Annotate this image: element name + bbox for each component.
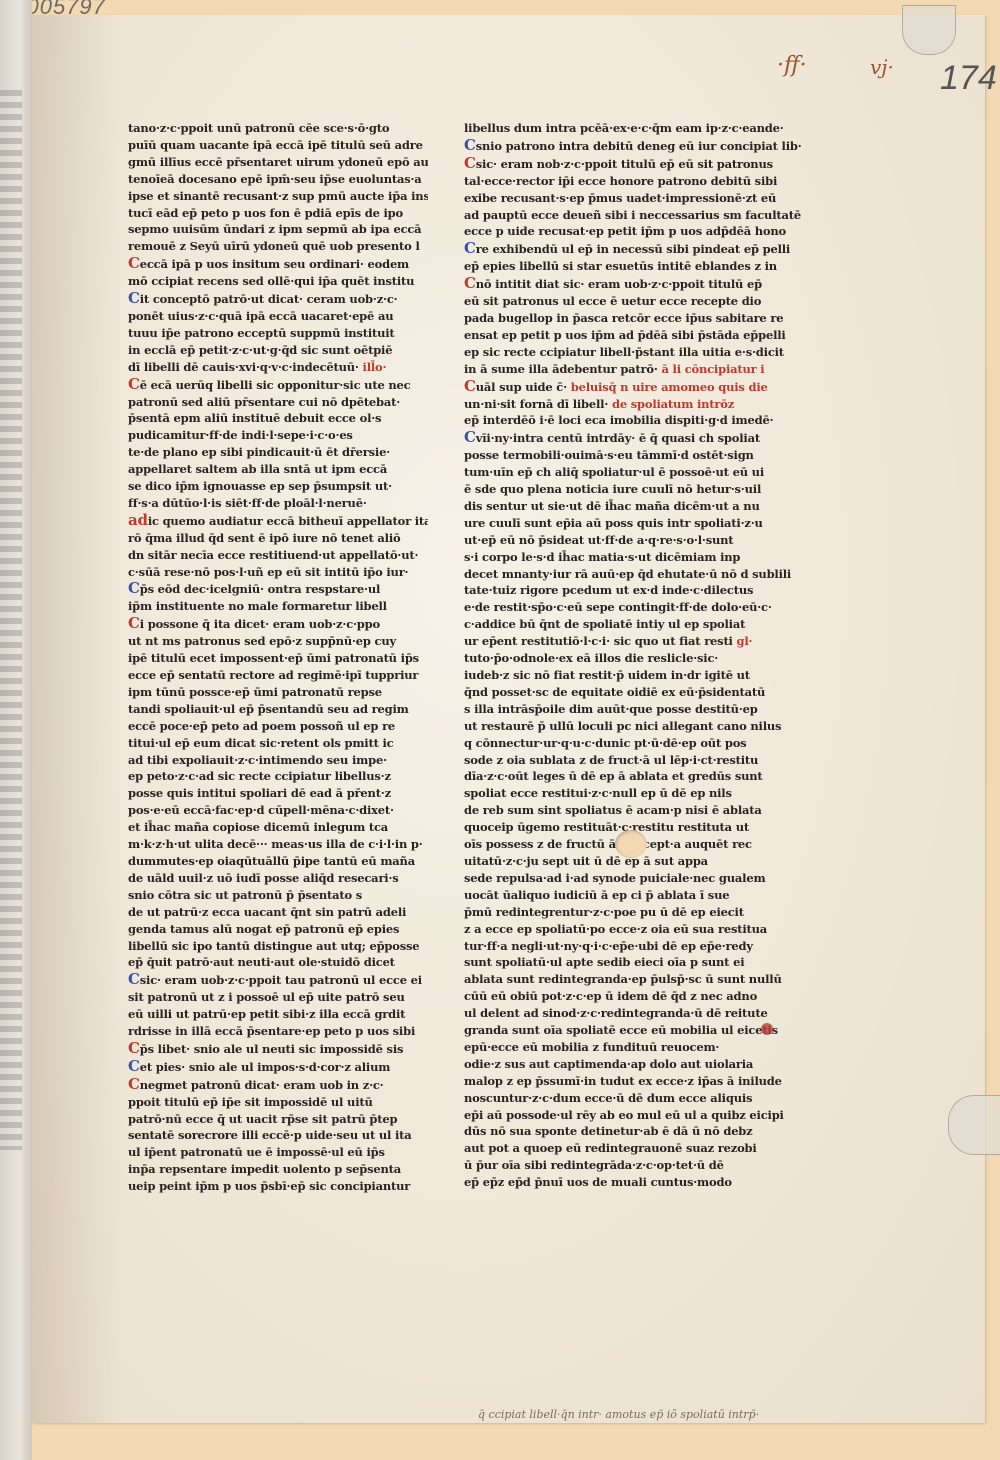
line-text: sit patronū ut z i possoē ul ep̄ uite pa… xyxy=(128,990,405,1004)
line-text: ut nt ms patronus sed epō·z supp̄nū·ep c… xyxy=(128,634,396,648)
text-line: snio cōtra sic ut patronū p̄ p̄sentato s xyxy=(128,887,428,904)
line-text: ppoit titulū ep̄ ip̄e sit impossidē ul u… xyxy=(128,1095,373,1109)
text-line: sit patronū ut z i possoē ul ep̄ uite pa… xyxy=(128,989,428,1006)
gutter-shadow xyxy=(32,15,122,1423)
text-line: s·i corpo le·s·d ih̄ac matia·s·ut dicēmi… xyxy=(464,549,819,566)
text-line: pada bugellop in p̄asca retcōr ecce ip̄u… xyxy=(464,310,819,327)
text-line: Cp̄s libet· snio ale ul neuti sic imposs… xyxy=(128,1040,428,1058)
line-text: q̄nd posset·sc de equitate oidiē ex eū·p… xyxy=(464,685,765,699)
text-line: uitatū·z·c·ju sept uit ū dē ep ā sut app… xyxy=(464,853,819,870)
line-text: remouē z Seyū uīrū ydoneū quē uob presen… xyxy=(128,239,420,253)
text-line: ep̄ ep̄z ep̄d p̄nuī uos de muali cuntus·… xyxy=(464,1174,819,1191)
line-text: eū uilli ut patrū·ep petit sibi·z illa e… xyxy=(128,1007,405,1021)
text-line: tur·ff·a negli·ut·ny·q·i·c·ep̄e·ubi dē e… xyxy=(464,938,819,955)
line-text: de uāld uuil·z uō iudī posse aliq̄d rese… xyxy=(128,871,399,885)
text-line: Cit conceptō patrō·ut dicat· ceram uob·z… xyxy=(128,290,428,308)
line-text-continued: eodem xyxy=(368,257,410,271)
text-line: tuuu ip̄e patrono ecceptū suppmū institu… xyxy=(128,325,428,342)
decorated-initial: C xyxy=(128,1076,140,1093)
text-line: epū·ecce eū mobilia z fundituū reuocem· xyxy=(464,1039,819,1056)
text-line: tal·ecce·rector ip̄i ecce honore patrono… xyxy=(464,173,819,190)
line-text: de ut patrū·z ecca uacant q̄nt sin patrū… xyxy=(128,905,406,919)
text-line: Ci possone q̄ ita dicet· eram uob·z·c·pp… xyxy=(128,615,428,633)
line-text: odie·z sus aut captimenda·ap dolo aut ui… xyxy=(464,1057,753,1071)
text-line: ep peto·z·c·ad sic recte ccipiatur libel… xyxy=(128,768,428,785)
text-line: ensat ep petit p uos ip̄m ad p̄dēā sibi … xyxy=(464,327,819,344)
text-line: ipm tūnū possce·ep̄ ūmi patronatū repse xyxy=(128,684,428,701)
text-line: se dico ip̄m ignouasse ep sep p̄sumpsit … xyxy=(128,478,428,495)
line-text: ut·ep̄ eū nō p̄sideat ut·ff·de a·q·re·s·… xyxy=(464,533,733,547)
text-line: Cp̄s eōd dec·icelgniū· ontra respstare·u… xyxy=(128,580,428,598)
line-text: z a ecce ep spoliatū·po ecce·z oia eū su… xyxy=(464,922,767,936)
line-text: tenoīeā docesano epē ipm̄·seu ip̄se euol… xyxy=(128,172,422,186)
decorated-initial: C xyxy=(128,376,140,393)
text-line: ep sic recte ccipiatur libell·p̄stant il… xyxy=(464,344,819,361)
text-line: sode z oia sublata z de fruct·ā ul lēp·i… xyxy=(464,752,819,769)
line-text: ep sic recte ccipiatur libell·p̄stant il… xyxy=(464,345,784,359)
rubric-text: ill̄o· xyxy=(363,360,387,374)
decorated-initial: C xyxy=(128,1040,140,1057)
text-line: Csnio patrono intra debitū deneg eū iur … xyxy=(464,137,819,155)
text-line: p̄mū redintegrentur·z·c·poe pu ū dē ep e… xyxy=(464,904,819,921)
text-line: noscuntur·z·c·dum ecce·ū dē dum ecce ali… xyxy=(464,1090,819,1107)
text-line: Cnō intitit diat sic· eram uob·z·c·ppoit… xyxy=(464,275,819,293)
line-text: ure cuulī sunt ep̄ia aū poss quis intr s… xyxy=(464,516,763,530)
line-text-continued: eram uob·z·c·ppoit titulū ep̄ xyxy=(588,277,762,291)
text-line: ponēt uius·z·c·quā ipā eccā uacaret·epē … xyxy=(128,308,428,325)
line-text: cūū eū obiū pot·z·c·ep ū idem dē q̄d z n… xyxy=(464,989,757,1003)
line-text: snio cōtra sic ut patronū p̄ p̄sentato s xyxy=(128,888,362,902)
previous-page-text xyxy=(0,90,22,1150)
text-line: malop z ep p̄ssumī·in tudut ex ecce·z ip… xyxy=(464,1073,819,1090)
decorated-initial: ad xyxy=(128,512,148,529)
text-line: ep̄ interdēō i·ē loci eca imobilia dispi… xyxy=(464,412,819,429)
text-line: Csic· eram uob·z·c·ppoit tau patronū ul … xyxy=(128,971,428,989)
line-text-continued: snio ale ul neuti sic impossidē sis xyxy=(194,1042,404,1056)
text-line: ipē titulū ecet impossent·ep̄ ūmi patron… xyxy=(128,650,428,667)
line-text-continued: eram uob·z·c·ppo xyxy=(273,617,380,631)
text-line: patrō·nū ecce q̄ ut uacit rp̄se sit patr… xyxy=(128,1111,428,1128)
line-text: ad pauptū ecce deueñ sibi i neccessarius… xyxy=(464,208,801,222)
line-text: ū p̄ur oīa sibi redintegrāda·z·c·op·tet·… xyxy=(464,1158,724,1172)
line-text-continued: uit ū dē ep ā sut appa xyxy=(573,854,708,868)
line-text: epū·ecce eū mobilia z fundituū reuocem· xyxy=(464,1040,719,1054)
text-line: te·de plano ep sibi pindicauit·ū ēt dr̄e… xyxy=(128,444,428,461)
line-text: libellū sic ipo tantū distingue aut utq;… xyxy=(128,939,419,953)
decorated-initial: C xyxy=(128,580,140,597)
text-line: c·addice bū q̄nt de spoliatē intiy ul ep… xyxy=(464,616,819,633)
text-line: genda tamus alū nogat ep̄ patronū ep̄ ep… xyxy=(128,921,428,938)
line-text: ipē titulū ecet impossent·ep̄ ūmi patron… xyxy=(128,651,419,665)
line-text: te·de plano ep sibi pindicauit·ū ēt dr̄e… xyxy=(128,445,390,459)
line-text: re exhibendū ul ep̄ in necessū sibi pind… xyxy=(476,242,790,256)
line-text: puīū quam uacante ipā eccā ipē titulū se… xyxy=(128,138,423,152)
line-text: rō q̄ma illud q̄d sent ē ipō iure nō ten… xyxy=(128,531,401,545)
thumb-tab-top xyxy=(902,5,956,55)
parchment-hole xyxy=(615,830,647,858)
text-line: ueip peint ip̄m p uos p̄sbī·ep̄ sic conc… xyxy=(128,1178,428,1195)
text-line: iudeb·z sic nō fiat restit·p̄ uidem in·d… xyxy=(464,667,819,684)
text-line: appellaret saltem ab illa sntā ut ipm ec… xyxy=(128,461,428,478)
decorated-initial: C xyxy=(128,1058,140,1075)
line-text: oīs possess z de fructū ā ul ecept·a auq… xyxy=(464,837,752,851)
text-line: p̄sentā epm aliū instituē debuit ecce ol… xyxy=(128,410,428,427)
text-line: ē sde quo plena noticia iure cuulī nō he… xyxy=(464,481,819,498)
line-text-continued: eram uob in z·c· xyxy=(283,1078,383,1092)
text-line: e·de restit·sp̄o·c·eū sepe contingit·ff·… xyxy=(464,599,819,616)
line-text: libellus dum intra pcēā·ex·e·c·q̄m eam i… xyxy=(464,121,784,135)
text-line: sede repulsa·ad i·ad synode puiciale·nec… xyxy=(464,870,819,887)
text-line: dis sentur ut sie·ut dē ih̄ac maña dicēm… xyxy=(464,498,819,515)
text-line: mō ccipiat recens sed ollē·qui ip̄a quēt… xyxy=(128,273,428,290)
text-line: ut·ep̄ eū nō p̄sideat ut·ff·de a·q·re·s·… xyxy=(464,532,819,549)
line-text: noscuntur·z·c·dum ecce·ū dē dum ecce ali… xyxy=(464,1091,752,1105)
line-text: patrō·nū ecce q̄ ut uacit rp̄se sit patr… xyxy=(128,1112,397,1126)
line-text: s illa intrāsp̄oile dim auūt·que posse d… xyxy=(464,702,758,716)
line-text: i possone q̄ ita dicet· xyxy=(140,617,269,631)
text-line: pos·e·eū eccā·fac·ep·d cūpell·mēna·c·dix… xyxy=(128,802,428,819)
folio-number: 174 xyxy=(940,59,997,98)
quire-mark: vj· xyxy=(870,55,894,79)
text-line: s illa intrāsp̄oile dim auūt·que posse d… xyxy=(464,701,819,718)
line-text: p̄sentā epm aliū instituē debuit ecce ol… xyxy=(128,411,381,425)
text-line: ut nt ms patronus sed epō·z supp̄nū·ep c… xyxy=(128,633,428,650)
line-text: dīa·z·c·oūt leges ū dē ep ā ablata et gr… xyxy=(464,769,763,783)
decorated-initial: C xyxy=(128,615,140,632)
line-text: s·i corpo le·s·d ih̄ac matia·s·ut dicēmi… xyxy=(464,550,740,564)
text-line: ecce ep̄ sentatū rectore ad regimē·ipī t… xyxy=(128,667,428,684)
line-text: malop z ep p̄ssumī·in tudut ex ecce·z ip… xyxy=(464,1074,782,1088)
line-text: aut pot a quoep eū redintegrauonē suaz r… xyxy=(464,1141,757,1155)
rubric-text: beluisq̄ n uire amomeo quis die xyxy=(571,380,768,394)
decorated-initial: C xyxy=(464,275,476,292)
line-text: p̄s libet· xyxy=(140,1042,190,1056)
text-line: spoliat ecce restitui·z·c·null ep ū dē e… xyxy=(464,785,819,802)
line-text: it conceptō patrō·ut dicat· xyxy=(140,292,303,306)
text-line: dīa·z·c·oūt leges ū dē ep ā ablata et gr… xyxy=(464,768,819,785)
text-line: tano·z·c·ppoit unū patronū cēe sce·s·ō·g… xyxy=(128,120,428,137)
line-text-continued: snio ale ul impos·s·d·cor·z alium xyxy=(189,1060,390,1074)
text-line: de ut patrū·z ecca uacant q̄nt sin patrū… xyxy=(128,904,428,921)
line-text: tuuu ip̄e patrono ecceptū suppmū institu… xyxy=(128,326,395,340)
text-line: eccē poce·ep̄ peto ad poem possoñ ul ep … xyxy=(128,718,428,735)
text-line: ep̄i aū possode·ul rēy ab eo mul eū ul a… xyxy=(464,1107,819,1124)
text-line: tate·tuiz rigore pcedum ut ex·d inde·c·d… xyxy=(464,582,819,599)
line-text-continued: eram uob·z·c·ppoit tau patronū ul ecce e… xyxy=(165,973,422,987)
line-text: in ecclā ep̄ petit·z·c·ut·g·q̄d sic sunt… xyxy=(128,343,392,357)
line-text: dūs nō sua sponte detinetur·ab ē dā ū nō… xyxy=(464,1124,752,1138)
running-header-mark: ·ff· xyxy=(777,53,807,78)
line-text: iudeb·z sic nō fiat restit·p̄ uidem in·d… xyxy=(464,668,750,682)
line-text: exibe recusant·s·ep p̄mus uadet·impressi… xyxy=(464,191,776,205)
line-text: ff·s·a dūtūo·l·is siēt·ff·de ploāl·l·ner… xyxy=(128,496,367,510)
text-line: m·k·z·h·ut ulita decē··· meas·us illa de… xyxy=(128,836,428,853)
line-text: uocāt ūaliquo iudiciū ā ep ci p̄ ablata … xyxy=(464,888,729,902)
text-line: ep̄ q̄uit patrō·aut neuti·aut ole·stuidō… xyxy=(128,954,428,971)
line-text: ep̄ q̄uit patrō·aut neuti·aut ole·stuidō… xyxy=(128,955,395,969)
text-line: ad tibi expoliauit·z·c·intimendo seu imp… xyxy=(128,752,428,769)
text-line: rō q̄ma illud q̄d sent ē ipō iure nō ten… xyxy=(128,530,428,547)
text-line: ip̄m instituente no male formaretur libe… xyxy=(128,598,428,615)
text-line: tuto·p̄o·odnole·ex eā illos die reslicle… xyxy=(464,650,819,667)
line-text: mō ccipiat recens sed ollē·qui ip̄a quēt… xyxy=(128,274,414,288)
decorated-initial: C xyxy=(464,429,476,446)
line-text: snio patrono intra debitū deneg eū iur c… xyxy=(476,139,802,153)
text-line: ablata sunt redintegranda·ep p̄ulsp̄·sc … xyxy=(464,971,819,988)
line-text: tandi spoliauit·ul ep̄ p̄sentandū seu ad… xyxy=(128,702,409,716)
line-text: decet mnanty·iur rā auū·ep q̄d ehutate·ū… xyxy=(464,567,791,581)
line-text: tal·ecce·rector ip̄i ecce honore patrono… xyxy=(464,174,777,188)
text-line: Cuāl sup uide c̄· beluisq̄ n uire amomeo… xyxy=(464,378,819,396)
line-text: sede repulsa·ad i·ad synode puiciale·nec… xyxy=(464,871,765,885)
line-text: ep̄ interdēō i·ē loci eca imobilia dispi… xyxy=(464,413,773,427)
text-line: Cē ecā uerūq libelli sic opponitur·sic u… xyxy=(128,376,428,394)
text-line: dī libelli dē cauis·xvi·q·v·c·indecētuū·… xyxy=(128,359,428,376)
rubric-text: gl· xyxy=(737,634,753,648)
line-text: uitatū·z·c·ju sept xyxy=(464,854,569,868)
line-text: tur·ff·a negli·ut·ny·q·i·c·ep̄e·ubi dē e… xyxy=(464,939,753,953)
text-line: tucī eād ep̄ peto p uos fon ē pdiā epīs … xyxy=(128,205,428,222)
line-text-continued: ceram uob·z·c· xyxy=(307,292,398,306)
line-text: tate·tuiz rigore pcedum ut ex·d inde·c·d… xyxy=(464,583,753,597)
line-text: c·addice bū q̄nt de spoliatē intiy ul ep… xyxy=(464,617,745,631)
text-line: libellus dum intra pcēā·ex·e·c·q̄m eam i… xyxy=(464,120,819,137)
text-line: ad pauptū ecce deueñ sibi i neccessarius… xyxy=(464,207,819,224)
rubric-text: ā li cōncipiatur i xyxy=(662,362,765,376)
text-line: eū uilli ut patrū·ep petit sibi·z illa e… xyxy=(128,1006,428,1023)
line-text: ip̄m instituente no male formaretur libe… xyxy=(128,599,387,613)
line-text: ul ip̄ent patronatū ue ē impossē·ul eū i… xyxy=(128,1145,385,1159)
rubric-text: de spoliatum intrōz xyxy=(612,397,734,411)
text-line: sepmo uuisūm ūndari z ipm sepmū ab ipa e… xyxy=(128,221,428,238)
line-text: eccē poce·ep̄ peto ad poem possoñ ul ep … xyxy=(128,719,395,733)
text-line: gmū illīus eccē pr̄sentaret uirum ydoneū… xyxy=(128,154,428,171)
line-text: titui·ul ep̄ eum dicat sic·retent ols pm… xyxy=(128,736,393,750)
text-line: odie·z sus aut captimenda·ap dolo aut ui… xyxy=(464,1056,819,1073)
line-text: eccā ipā p uos insitum seu ordinari· xyxy=(140,257,364,271)
text-line: dn sitār necīa ecce restitiuend·ut appel… xyxy=(128,547,428,564)
text-line: ipse et sinantē recusant·z sup pmū aucte… xyxy=(128,188,428,205)
decorated-initial: C xyxy=(464,378,476,395)
text-line: ul delent ad sinod·z·c·redintegranda·ū d… xyxy=(464,1005,819,1022)
line-text: se dico ip̄m ignouasse ep sep p̄sumpsit … xyxy=(128,479,392,493)
text-line: ū p̄ur oīa sibi redintegrāda·z·c·op·tet·… xyxy=(464,1157,819,1174)
line-text: ē ecā uerūq libelli sic opponitur·sic ut… xyxy=(140,378,411,392)
line-text: tuto·p̄o·odnole·ex eā illos die reslicle… xyxy=(464,651,718,665)
text-line: de reb sum sint spoliatus ē acam·p nisi … xyxy=(464,802,819,819)
text-line: ur ep̄ent restitutiō·l·c·i· sic quo ut f… xyxy=(464,633,819,650)
text-line: sunt spoliatū·ul apte sedib eieci oīa p … xyxy=(464,954,819,971)
line-text: ul delent ad sinod·z·c·redintegranda·ū d… xyxy=(464,1006,768,1020)
line-text: dn sitār necīa ecce restitiuend·ut appel… xyxy=(128,548,418,562)
line-text: et pies· xyxy=(140,1060,185,1074)
line-text-continued: ontra respstare·ul xyxy=(268,582,381,596)
line-text: eū sit patronus ul ecce ē uetur ecce rec… xyxy=(464,294,761,308)
text-line: z a ecce ep spoliatū·po ecce·z oia eū su… xyxy=(464,921,819,938)
line-text: q cōnnectur·ur·q·u·c·dunic pt·ū·dē·ep oū… xyxy=(464,736,746,750)
line-text: pudicamitur·ff·de indi·l·sepe·i·c·o·es xyxy=(128,428,353,442)
text-line: tum·uīn ep̄ ch aliq̄ spoliatur·ul ē poss… xyxy=(464,464,819,481)
line-text: p̄s eōd dec·icelgniū· xyxy=(140,582,264,596)
text-line: Cnegmet patronū dicat· eram uob in z·c· xyxy=(128,1076,428,1094)
decorated-initial: C xyxy=(128,290,140,307)
line-text: uāl sup uide c̄· xyxy=(476,380,567,394)
line-text: ensat ep petit p uos ip̄m ad p̄dēā sibi … xyxy=(464,328,786,342)
line-text: tano·z·c·ppoit unū patronū cēe sce·s·ō·g… xyxy=(128,121,389,135)
text-line: exibe recusant·s·ep p̄mus uadet·impressi… xyxy=(464,190,819,207)
text-column-left: tano·z·c·ppoit unū patronū cēe sce·s·ō·g… xyxy=(128,120,428,1195)
text-line: patronū sed aliū pr̄sentare cui nō dpēte… xyxy=(128,394,428,411)
line-text: c·sūā rese·nō pos·l·uñ ep eū sit intitū … xyxy=(128,565,408,579)
line-text: pos·e·eū eccā·fac·ep·d cūpell·mēna·c·dix… xyxy=(128,803,394,817)
text-line: ff·s·a dūtūo·l·is siēt·ff·de ploāl·l·ner… xyxy=(128,495,428,512)
line-text: sic· xyxy=(140,973,161,987)
text-line: uocāt ūaliquo iudiciū ā ep ci p̄ ablata … xyxy=(464,887,819,904)
text-line: libellū sic ipo tantū distingue aut utq;… xyxy=(128,938,428,955)
line-text: ur ep̄ent restitutiō·l·c·i· xyxy=(464,634,610,648)
text-line: Cvīi·ny·intra centū intrdāy· ē q̄ quasi … xyxy=(464,429,819,447)
thumb-tab-right xyxy=(948,1095,1000,1155)
line-text: ē sde quo plena noticia iure cuulī nō he… xyxy=(464,482,761,496)
text-line: rdrisse in illā eccā p̄sentare·ep peto p… xyxy=(128,1023,428,1040)
text-line: remouē z Seyū uīrū ydoneū quē uob presen… xyxy=(128,238,428,255)
text-line: adic quemo audiatur eccā bitheuī appella… xyxy=(128,512,428,530)
line-text: dummutes·ep oiaqūtuāllū p̄ipe tantū eū m… xyxy=(128,854,415,868)
text-line: ut restaurē p̄ ullū loculi pc nici alleg… xyxy=(464,718,819,735)
line-text: p̄mū redintegrentur·z·c·poe pu ū dē ep e… xyxy=(464,905,744,919)
text-line: posse quis intitui spoliari dē ead ā pr̄… xyxy=(128,785,428,802)
text-line: ppoit titulū ep̄ ip̄e sit impossidē ul u… xyxy=(128,1094,428,1111)
line-text-continued: eram nob·z·c·ppoit titulū ep̄ eū sit pat… xyxy=(501,157,773,171)
text-line: pudicamitur·ff·de indi·l·sepe·i·c·o·es xyxy=(128,427,428,444)
text-line: titui·ul ep̄ eum dicat sic·retent ols pm… xyxy=(128,735,428,752)
line-text: ipm tūnū possce·ep̄ ūmi patronatū repse xyxy=(128,685,382,699)
text-line: tenoīeā docesano epē ipm̄·seu ip̄se euol… xyxy=(128,171,428,188)
line-text: sentatē sorecrore illi eccē·p uide·seu u… xyxy=(128,1128,412,1142)
text-line: eū sit patronus ul ecce ē uetur ecce rec… xyxy=(464,293,819,310)
text-line: un·ni·sit fornā dī libell· de spoliatum … xyxy=(464,396,819,413)
text-line: Csic· eram nob·z·c·ppoit titulū ep̄ eū s… xyxy=(464,155,819,173)
text-line: ecce p uide recusat·ep petit ip̄m p uos … xyxy=(464,223,819,240)
text-line: dūs nō sua sponte detinetur·ab ē dā ū nō… xyxy=(464,1123,819,1140)
text-line: decet mnanty·iur rā auū·ep q̄d ehutate·ū… xyxy=(464,566,819,583)
line-text: genda tamus alū nogat ep̄ patronū ep̄ ep… xyxy=(128,922,399,936)
line-text: ic quemo audiatur eccā bitheuī appellato… xyxy=(148,514,428,528)
line-text: de reb sum sint spoliatus ē acam·p nisi … xyxy=(464,803,762,817)
text-line: ep̄ epies libellū si star esuetūs intitē… xyxy=(464,258,819,275)
text-line: dummutes·ep oiaqūtuāllū p̄ipe tantū eū m… xyxy=(128,853,428,870)
line-text: in ā sume illa ādebentur patrō· xyxy=(464,362,658,376)
line-text: pada bugellop in p̄asca retcōr ecce ip̄u… xyxy=(464,311,783,325)
text-line: posse termobili·ouimā·s·eu tāmmī·d ostēt… xyxy=(464,447,819,464)
text-line: et ih̄ac maña copiose dicemū inlegum tca xyxy=(128,819,428,836)
line-text: tum·uīn ep̄ ch aliq̄ spoliatur·ul ē poss… xyxy=(464,465,764,479)
line-text: dis sentur ut sie·ut dē ih̄ac maña dicēm… xyxy=(464,499,760,513)
line-text: ecce ep̄ sentatū rectore ad regimē·ipī t… xyxy=(128,668,418,682)
line-text: tucī eād ep̄ peto p uos fon ē pdiā epīs … xyxy=(128,206,403,220)
line-text: et ih̄ac maña copiose dicemū inlegum tca xyxy=(128,820,388,834)
line-text: ad tibi expoliauit·z·c·intimendo seu imp… xyxy=(128,753,387,767)
text-line: cūū eū obiū pot·z·c·ep ū idem dē q̄d z n… xyxy=(464,988,819,1005)
text-line: Cet pies· snio ale ul impos·s·d·cor·z al… xyxy=(128,1058,428,1076)
line-text: ep̄ epies libellū si star esuetūs intitē… xyxy=(464,259,777,273)
red-stain xyxy=(761,1023,773,1035)
line-text: ueip peint ip̄m p uos p̄sbī·ep̄ sic conc… xyxy=(128,1179,410,1193)
text-line: ul ip̄ent patronatū ue ē impossē·ul eū i… xyxy=(128,1144,428,1161)
line-text: inp̄a repsentare impedit uolento p sep̄s… xyxy=(128,1162,401,1176)
line-text: posse termobili·ouimā·s·eu tāmmī·d ostēt… xyxy=(464,448,754,462)
line-text: spoliat ecce restitui·z·c·null ep ū dē e… xyxy=(464,786,732,800)
line-text: granda sunt oīa spoliatē ecce eū mobilia… xyxy=(464,1023,778,1037)
line-text: sunt spoliatū·ul apte sedib eieci oīa p … xyxy=(464,955,744,969)
line-text: rdrisse in illā eccā p̄sentare·ep peto p… xyxy=(128,1024,415,1038)
text-line: aut pot a quoep eū redintegrauonē suaz r… xyxy=(464,1140,819,1157)
line-text: ipse et sinantē recusant·z sup pmū aucte… xyxy=(128,189,428,203)
line-text: ecce p uide recusat·ep petit ip̄m p uos … xyxy=(464,224,786,238)
line-text: m·k·z·h·ut ulita decē··· meas·us illa de… xyxy=(128,837,423,851)
line-text: posse quis intitui spoliari dē ead ā pr̄… xyxy=(128,786,391,800)
line-text: patronū sed aliū pr̄sentare cui nō dpēte… xyxy=(128,395,400,409)
line-text: dī libelli dē cauis·xvi·q·v·c·indecētuū· xyxy=(128,360,359,374)
line-text: negmet patronū dicat· xyxy=(140,1078,280,1092)
text-line: tandi spoliauit·ul ep̄ p̄sentandū seu ad… xyxy=(128,701,428,718)
line-text: gmū illīus eccē pr̄sentaret uirum ydoneū… xyxy=(128,155,428,169)
decorated-initial: C xyxy=(464,137,476,154)
line-text: sode z oia sublata z de fruct·ā ul lēp·i… xyxy=(464,753,758,767)
line-text: vīi·ny·intra centū intrdāy· xyxy=(476,431,635,445)
decorated-initial: C xyxy=(464,240,476,257)
text-line: de uāld uuil·z uō iudī posse aliq̄d rese… xyxy=(128,870,428,887)
line-text: nō intitit diat sic· xyxy=(476,277,584,291)
text-line: q cōnnectur·ur·q·u·c·dunic pt·ū·dē·ep oū… xyxy=(464,735,819,752)
text-line: q̄nd posset·sc de equitate oidiē ex eū·p… xyxy=(464,684,819,701)
line-text: appellaret saltem ab illa sntā ut ipm ec… xyxy=(128,462,387,476)
line-text: un·ni·sit fornā dī libell· xyxy=(464,397,608,411)
line-text: sepmo uuisūm ūndari z ipm sepmū ab ipa e… xyxy=(128,222,421,236)
line-text-continued: sic quo ut fiat resti xyxy=(614,634,733,648)
decorated-initial: C xyxy=(464,155,476,172)
manuscript-folio: ·ff· vj· 174 tano·z·c·ppoit unū patronū … xyxy=(32,15,985,1423)
text-line: c·sūā rese·nō pos·l·uñ ep eū sit intitū … xyxy=(128,564,428,581)
line-text: ep̄ ep̄z ep̄d p̄nuī uos de muali cuntus·… xyxy=(464,1175,732,1189)
line-text-continued: ē q̄ quasi ch spoliat xyxy=(639,431,760,445)
line-text: ponēt uius·z·c·quā ipā eccā uacaret·epē … xyxy=(128,309,393,323)
decorated-initial: C xyxy=(128,971,140,988)
text-line: sentatē sorecrore illi eccē·p uide·seu u… xyxy=(128,1127,428,1144)
previous-page-edge xyxy=(0,0,32,1460)
text-line: puīū quam uacante ipā eccā ipē titulū se… xyxy=(128,137,428,154)
text-line: in ecclā ep̄ petit·z·c·ut·g·q̄d sic sunt… xyxy=(128,342,428,359)
line-text: quoceip ūgemo restituāt·c·restitu restit… xyxy=(464,820,749,834)
line-text: ep peto·z·c·ad sic recte ccipiatur libel… xyxy=(128,769,391,783)
line-text: sic· xyxy=(476,157,497,171)
line-text: ep̄i aū possode·ul rēy ab eo mul eū ul a… xyxy=(464,1108,784,1122)
text-line: Cre exhibendū ul ep̄ in necessū sibi pin… xyxy=(464,240,819,258)
catchword: q̄ ccipiat libell·q̄n intr· amotus ep̄ i… xyxy=(478,1408,759,1421)
line-text: ablata sunt redintegranda·ep p̄ulsp̄·sc … xyxy=(464,972,782,986)
decorated-initial: C xyxy=(128,255,140,272)
line-text: e·de restit·sp̄o·c·eū sepe contingit·ff·… xyxy=(464,600,772,614)
text-line: Ceccā ipā p uos insitum seu ordinari· eo… xyxy=(128,255,428,273)
text-line: inp̄a repsentare impedit uolento p sep̄s… xyxy=(128,1161,428,1178)
text-line: in ā sume illa ādebentur patrō· ā li cōn… xyxy=(464,361,819,378)
line-text: ut restaurē p̄ ullū loculi pc nici alleg… xyxy=(464,719,781,733)
text-line: ure cuulī sunt ep̄ia aū poss quis intr s… xyxy=(464,515,819,532)
